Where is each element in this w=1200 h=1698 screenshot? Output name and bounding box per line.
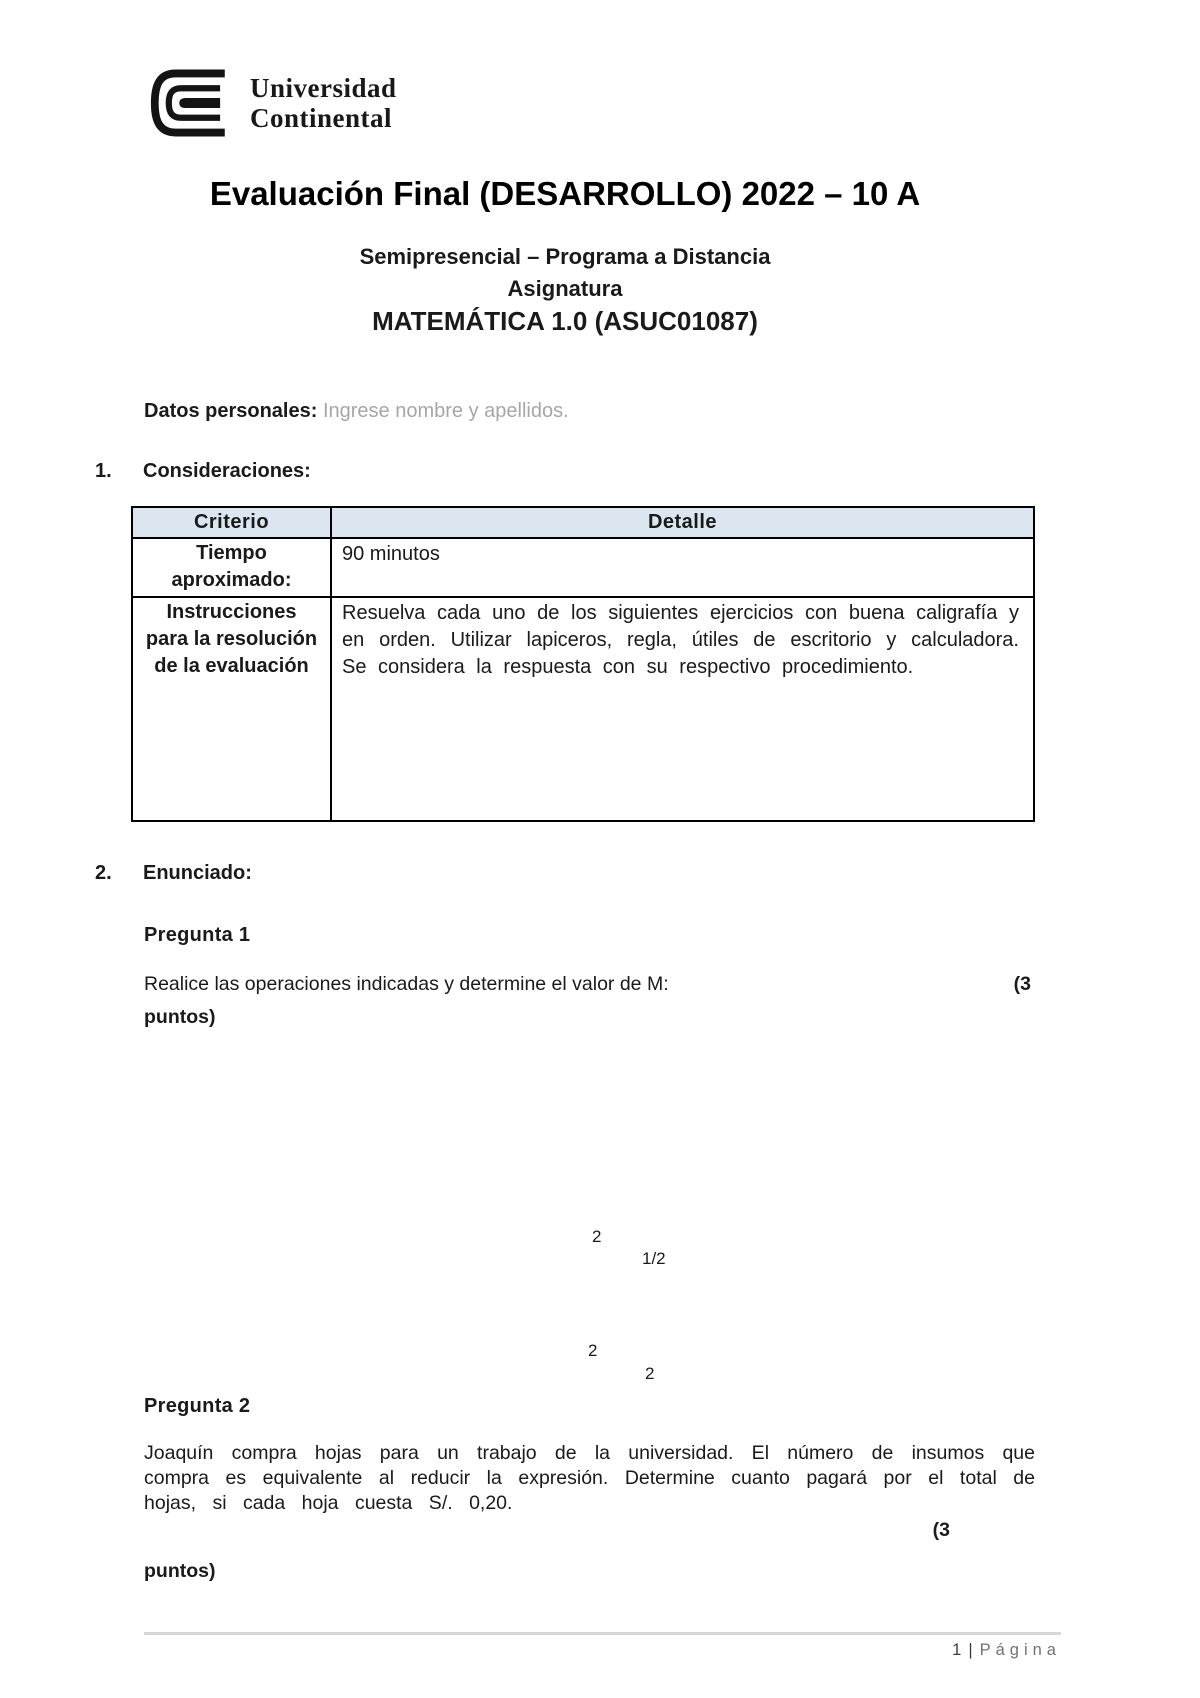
page-number-row: 1|Página xyxy=(144,1641,1061,1660)
section-1-title: Consideraciones: xyxy=(143,458,311,484)
pregunta-1-heading: Pregunta 1 xyxy=(144,922,1035,948)
logo-wordmark-line2: Continental xyxy=(250,103,397,133)
asignatura-label: Asignatura xyxy=(95,276,1035,302)
section-1-heading: 1. Consideraciones: xyxy=(95,458,1035,484)
pregunta-2-text: Joaquín compra hojas para un trabajo de … xyxy=(144,1441,1035,1516)
pregunta-2-points-close: puntos) xyxy=(144,1559,1035,1584)
instrucciones-criterio-cell: Instrucciones para la resolución de la e… xyxy=(132,597,331,821)
section-2-number: 2. xyxy=(95,860,143,886)
detalle-header-cell: Detalle xyxy=(331,507,1034,538)
formula-exponent-fragment: 2 xyxy=(645,1365,654,1383)
datos-personales-label: Datos personales: xyxy=(144,400,317,422)
universidad-continental-logo-icon xyxy=(144,68,234,138)
formula-area: 2 1/2 2 2 xyxy=(95,1030,1035,1390)
section-2-heading: 2. Enunciado: xyxy=(95,860,1035,886)
formula-exponent-fragment: 2 xyxy=(588,1342,597,1360)
footer-rule xyxy=(144,1632,1061,1635)
tiempo-criterio-cell: Tiempo aproximado: xyxy=(132,538,331,597)
table-row: Instrucciones para la resolución de la e… xyxy=(132,597,1034,821)
tiempo-detalle-cell: 90 minutos xyxy=(331,538,1034,597)
section-2-title: Enunciado: xyxy=(143,860,252,886)
criterio-header-cell: Criterio xyxy=(132,507,331,538)
instrucciones-detalle-cell: Resuelva cada uno de los siguientes ejer… xyxy=(331,597,1034,821)
logo: Universidad Continental xyxy=(144,68,1035,138)
course-title: MATEMÁTICA 1.0 (ASUC01087) xyxy=(95,306,1035,336)
pregunta-2-heading: Pregunta 2 xyxy=(144,1393,1035,1419)
pregunta-1-statement-row: Realice las operaciones indicadas y dete… xyxy=(144,972,1035,997)
document-page: Universidad Continental Evaluación Final… xyxy=(0,0,1200,1698)
table-header-row: Criterio Detalle xyxy=(132,507,1034,538)
pregunta-1-points-close: puntos) xyxy=(144,1005,1035,1030)
logo-wordmark: Universidad Continental xyxy=(250,73,397,133)
formula-exponent-fragment: 2 xyxy=(592,1228,601,1246)
pregunta-2-points-open: (3 xyxy=(95,1518,1035,1543)
pregunta-1-points-open: (3 xyxy=(1014,972,1031,997)
considerations-table: Criterio Detalle Tiempo aproximado: 90 m… xyxy=(131,506,1035,822)
section-1-number: 1. xyxy=(95,458,143,484)
formula-exponent-fragment: 1/2 xyxy=(642,1250,666,1268)
page-number: 1 xyxy=(952,1641,961,1659)
modality-subtitle: Semipresencial – Programa a Distancia xyxy=(95,244,1035,270)
page-number-separator: | xyxy=(968,1641,972,1659)
pregunta-1-text: Realice las operaciones indicadas y dete… xyxy=(144,972,669,997)
table-row: Tiempo aproximado: 90 minutos xyxy=(132,538,1034,597)
page-footer: 1|Página xyxy=(144,1632,1061,1660)
logo-wordmark-line1: Universidad xyxy=(250,73,397,103)
datos-personales-row: Datos personales: Ingrese nombre y apell… xyxy=(144,398,1035,424)
datos-personales-placeholder[interactable]: Ingrese nombre y apellidos. xyxy=(323,400,569,422)
page-label: Página xyxy=(980,1641,1061,1659)
document-title: Evaluación Final (DESARROLLO) 2022 – 10 … xyxy=(95,176,1035,212)
